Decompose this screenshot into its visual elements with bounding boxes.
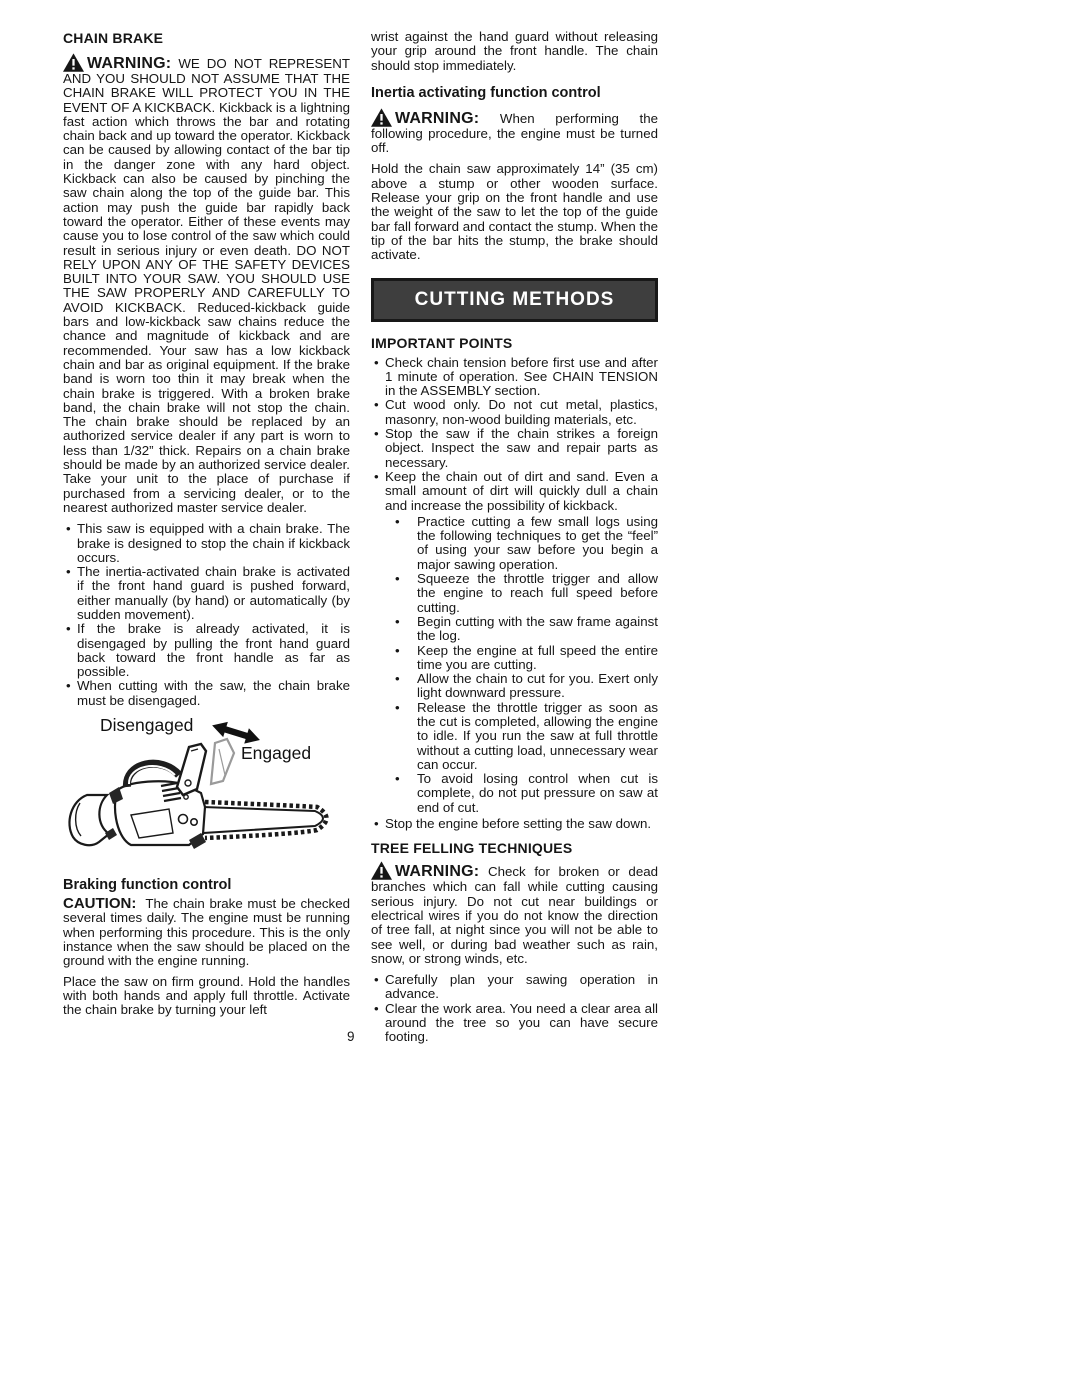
important-points-list: •Check chain tension before first use an…: [371, 356, 658, 513]
chainsaw-illustration: [65, 737, 348, 867]
brake-position-diagram: Disengaged Engaged: [63, 711, 350, 869]
page-number: 9: [347, 1029, 355, 1044]
warning-triangle-icon: [63, 53, 84, 72]
list-item: •Carefully plan your sawing operation in…: [371, 973, 658, 1002]
closing-points-list: •Stop the engine before setting the saw …: [371, 817, 658, 831]
list-item: •If the brake is already activated, it i…: [63, 622, 350, 679]
warning-triangle-icon: [371, 861, 392, 880]
list-item: •Practice cutting a few small logs using…: [371, 515, 658, 572]
bullet-icon: •: [371, 973, 385, 1002]
bullet-icon: •: [63, 522, 77, 565]
list-item: •Keep the chain out of dirt and sand. Ev…: [371, 470, 658, 513]
list-item: •Squeeze the throttle trigger and allow …: [371, 572, 658, 615]
bullet-text: Cut wood only. Do not cut metal, plastic…: [385, 398, 658, 427]
wrist-paragraph: wrist against the hand guard without rel…: [371, 30, 658, 73]
list-item: •Keep the engine at full speed the entir…: [371, 644, 658, 673]
list-item: •Stop the engine before setting the saw …: [371, 817, 658, 831]
inertia-warning-paragraph: WARNING: When performing the following p…: [371, 108, 658, 156]
bullet-icon: •: [389, 701, 417, 772]
bullet-text: Stop the engine before setting the saw d…: [385, 817, 658, 831]
bullet-icon: •: [389, 672, 417, 701]
bullet-icon: •: [371, 1002, 385, 1045]
bullet-text: This saw is equipped with a chain brake.…: [77, 522, 350, 565]
hold-saw-paragraph: Hold the chain saw approximately 14” (35…: [371, 162, 658, 262]
important-points-heading: IMPORTANT POINTS: [371, 335, 658, 351]
practice-techniques-list: •Practice cutting a few small logs using…: [371, 515, 658, 815]
cutting-methods-title: CUTTING METHODS: [415, 289, 615, 311]
list-item: •This saw is equipped with a chain brake…: [63, 522, 350, 565]
bullet-icon: •: [371, 398, 385, 427]
bullet-icon: •: [371, 427, 385, 470]
bullet-icon: •: [389, 772, 417, 815]
bullet-icon: •: [371, 817, 385, 831]
bullet-icon: •: [389, 615, 417, 644]
bullet-text: If the brake is already activated, it is…: [77, 622, 350, 679]
bullet-icon: •: [63, 679, 77, 708]
place-saw-paragraph: Place the saw on firm ground. Hold the h…: [63, 975, 350, 1018]
caution-paragraph: CAUTION:The chain brake must be checked …: [63, 897, 350, 968]
right-column: wrist against the hand guard without rel…: [371, 30, 658, 1047]
list-item: •To avoid losing control when cut is com…: [371, 772, 658, 815]
bullet-icon: •: [389, 572, 417, 615]
manual-page: CHAIN BRAKE WARNING: WE DO NOT REPRESENT…: [0, 0, 1080, 1397]
list-item: •Check chain tension before first use an…: [371, 356, 658, 399]
bullet-icon: •: [63, 622, 77, 679]
bullet-text: When cutting with the saw, the chain bra…: [77, 679, 350, 708]
list-item: •When cutting with the saw, the chain br…: [63, 679, 350, 708]
tree-felling-list: •Carefully plan your sawing operation in…: [371, 973, 658, 1044]
bullet-icon: •: [389, 644, 417, 673]
braking-function-heading: Braking function control: [63, 877, 350, 893]
bullet-text: The inertia-activated chain brake is act…: [77, 565, 350, 622]
list-item: •Cut wood only. Do not cut metal, plasti…: [371, 398, 658, 427]
bullet-text: Squeeze the throttle trigger and allow t…: [417, 572, 658, 615]
disengaged-label: Disengaged: [100, 715, 193, 736]
bullet-text: To avoid losing control when cut is comp…: [417, 772, 658, 815]
warning-body-text: Check for broken or dead branches which …: [371, 864, 658, 965]
bullet-text: Release the throttle trigger as soon as …: [417, 701, 658, 772]
bullet-text: Carefully plan your sawing operation in …: [385, 973, 658, 1002]
tree-felling-heading: TREE FELLING TECHNIQUES: [371, 840, 658, 856]
warning-triangle-icon: [371, 108, 392, 127]
chain-brake-bullet-list: •This saw is equipped with a chain brake…: [63, 522, 350, 708]
chain-brake-warning-paragraph: WARNING: WE DO NOT REPRESENT AND YOU SHO…: [63, 53, 350, 515]
inertia-heading: Inertia activating function control: [371, 85, 658, 101]
warning-body-text: Kickback is a lightning fast action whic…: [63, 100, 350, 515]
bullet-text: Keep the engine at full speed the entire…: [417, 644, 658, 673]
bullet-text: Check chain tension before first use and…: [385, 356, 658, 399]
tree-felling-warning-paragraph: WARNING: Check for broken or dead branch…: [371, 861, 658, 966]
bullet-text: Begin cutting with the saw frame against…: [417, 615, 658, 644]
left-column: CHAIN BRAKE WARNING: WE DO NOT REPRESENT…: [63, 30, 350, 1017]
bullet-icon: •: [389, 515, 417, 572]
list-item: •Stop the saw if the chain strikes a for…: [371, 427, 658, 470]
chain-brake-heading: CHAIN BRAKE: [63, 30, 350, 46]
bullet-text: Stop the saw if the chain strikes a fore…: [385, 427, 658, 470]
list-item: •The inertia-activated chain brake is ac…: [63, 565, 350, 622]
bullet-icon: •: [371, 470, 385, 513]
list-item: •Begin cutting with the saw frame agains…: [371, 615, 658, 644]
cutting-methods-banner: CUTTING METHODS: [371, 278, 658, 322]
bullet-text: Clear the work area. You need a clear ar…: [385, 1002, 658, 1045]
list-item: •Release the throttle trigger as soon as…: [371, 701, 658, 772]
bullet-text: Practice cutting a few small logs using …: [417, 515, 658, 572]
warning-label: WARNING:: [395, 863, 479, 880]
warning-label: WARNING:: [395, 110, 479, 127]
bullet-text: Keep the chain out of dirt and sand. Eve…: [385, 470, 658, 513]
list-item: •Allow the chain to cut for you. Exert o…: [371, 672, 658, 701]
warning-label: WARNING:: [87, 55, 171, 72]
bullet-icon: •: [371, 356, 385, 399]
bullet-text: Allow the chain to cut for you. Exert on…: [417, 672, 658, 701]
list-item: •Clear the work area. You need a clear a…: [371, 1002, 658, 1045]
bullet-icon: •: [63, 565, 77, 622]
